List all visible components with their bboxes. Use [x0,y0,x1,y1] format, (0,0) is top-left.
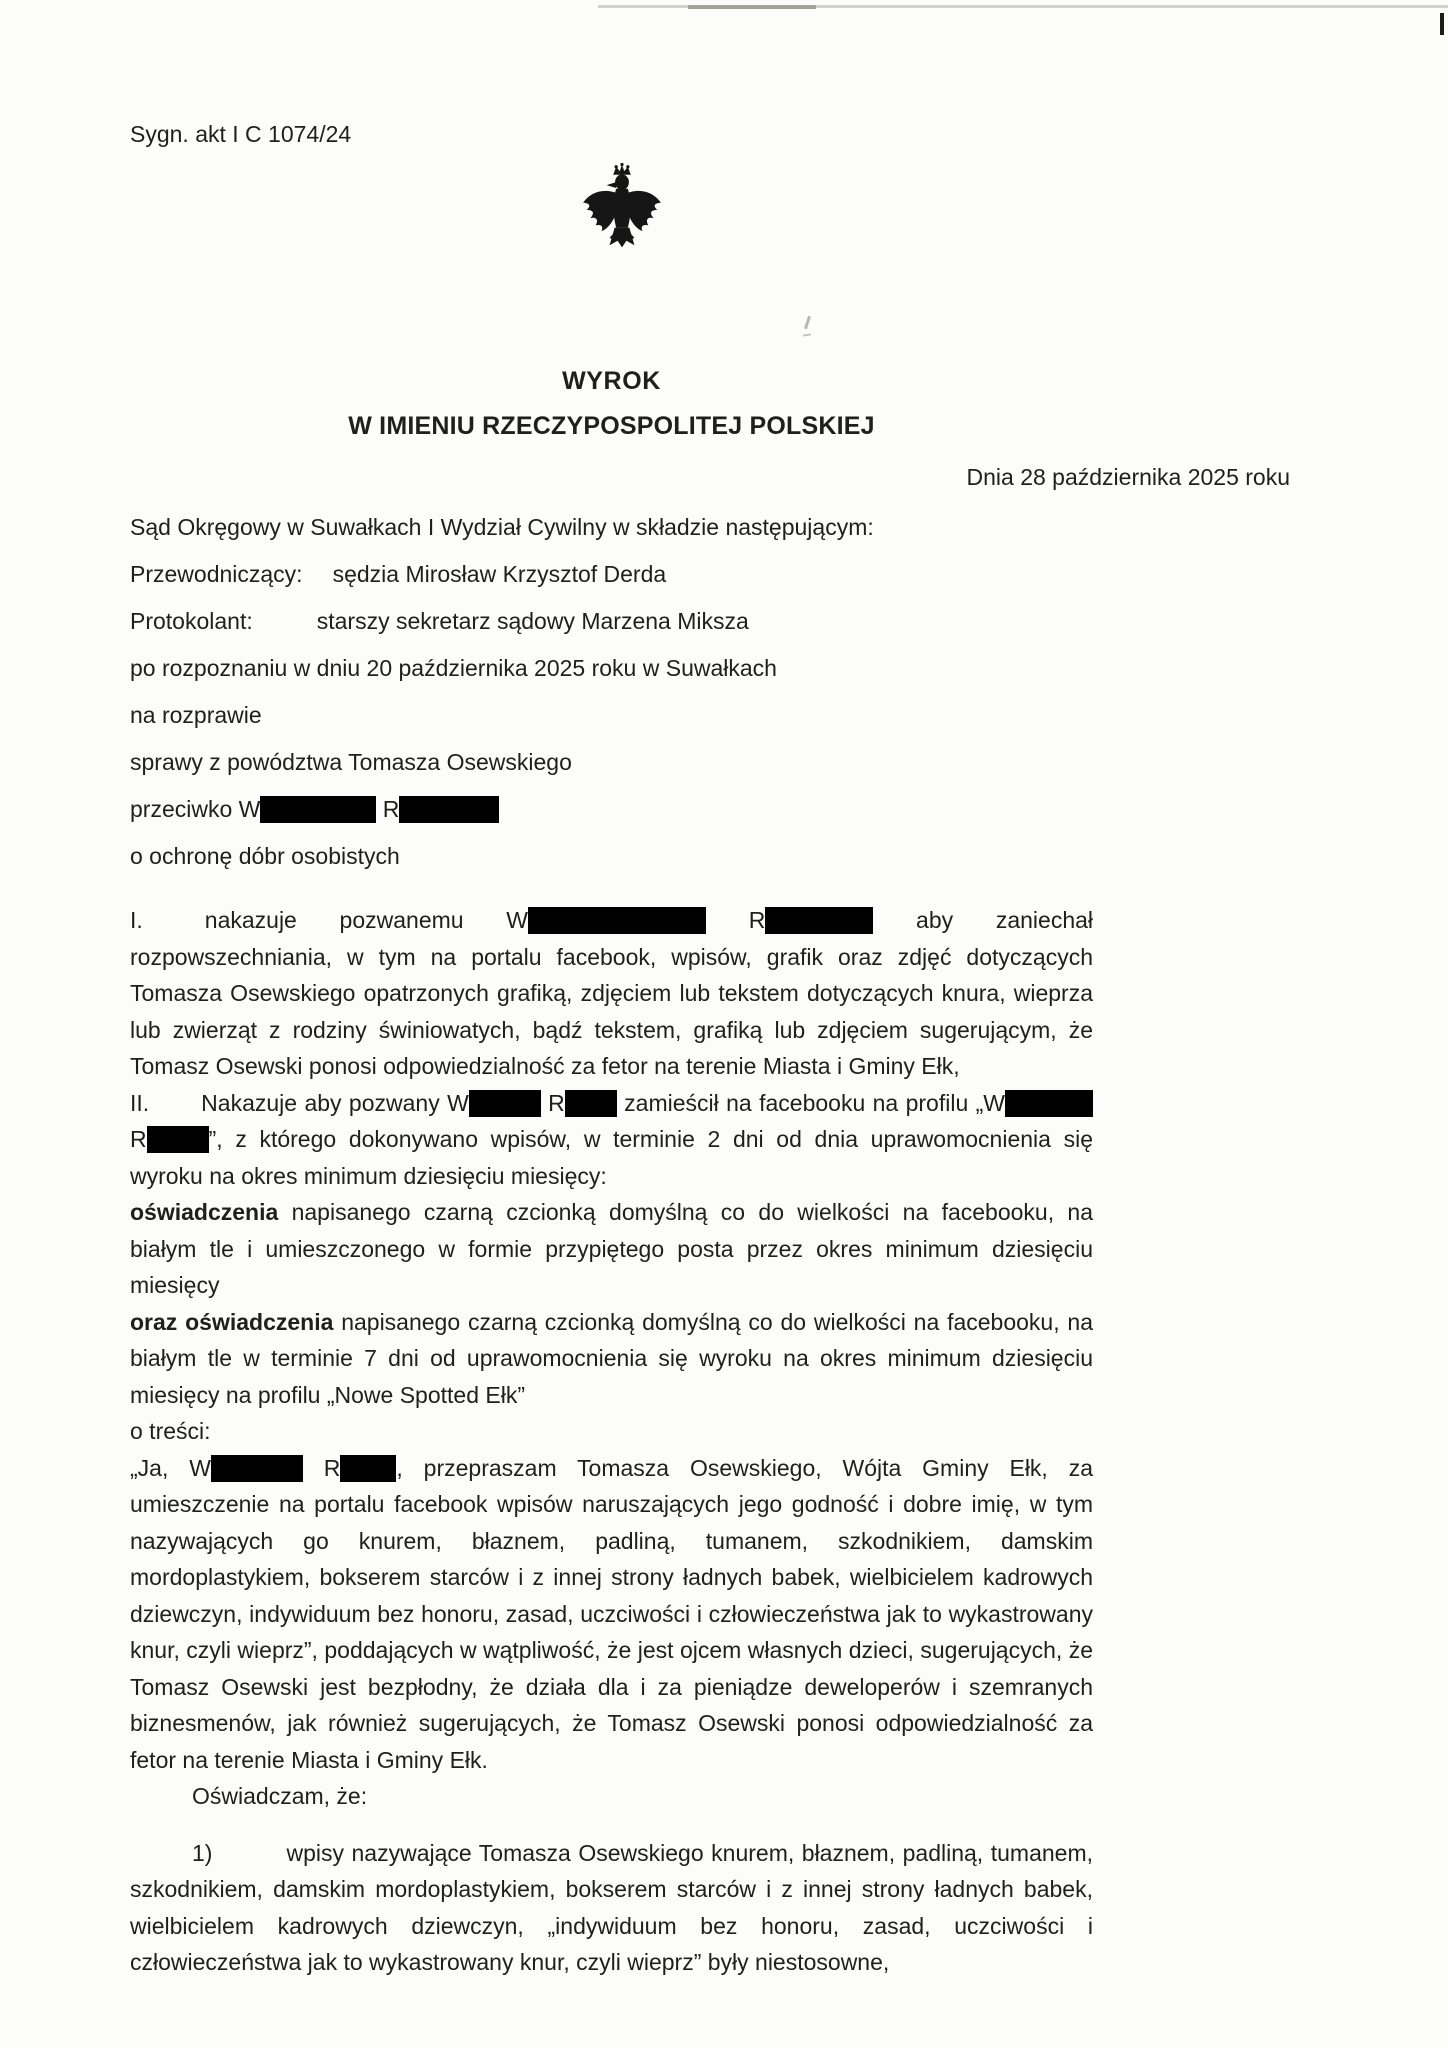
defendant-line: przeciwko W R [130,786,1150,833]
tab-spacer [143,927,205,928]
redaction-box [260,796,376,823]
tab-spacer [212,1860,286,1861]
scanned-judgment-page: Sygn. akt I C 1074/24 WYROK W IMIENIU RZ… [0,0,1448,2048]
scan-artifact-smudge [803,333,811,336]
clerk-line: Protokolant:starszy sekretarz sądowy Mar… [130,598,1150,645]
ruling-point-1: I.nakazuje pozwanemu W R aby zaniechał r… [130,902,1093,1085]
scan-artifact-smudge [804,316,811,329]
court-composition-line: Sąd Okręgowy w Suwałkach I Wydział Cywil… [130,504,1150,551]
judgment-date-line: Dnia 28 października 2025 roku [130,464,1290,491]
polish-eagle-icon [578,158,666,284]
redaction-box [528,907,706,934]
bold-text: oraz oświadczenia [130,1309,333,1335]
declaration-point-1: 1)wpisy nazywające Tomasza Osewskiego kn… [130,1835,1093,1981]
redaction-box [211,1455,303,1482]
court-header-block: Sąd Okręgowy w Suwałkach I Wydział Cywil… [130,504,1150,880]
scan-artifact-corner-tick [1440,13,1444,35]
judgment-title: WYROK [130,367,1093,396]
statement-second: oraz oświadczenia napisanego czarną czci… [130,1304,1093,1414]
redaction-box [765,907,873,934]
judgment-body: I.nakazuje pozwanemu W R aby zaniechał r… [130,902,1093,1981]
tab-spacer [130,1860,192,1861]
redaction-box [340,1455,396,1482]
redaction-box [469,1090,541,1117]
case-subject-line: o ochronę dóbr osobistych [130,833,1150,880]
scan-artifact-top-dash [688,5,816,9]
hearing-type-line: na rozprawie [130,692,1150,739]
tab-spacer [149,1110,201,1111]
claimant-line: sprawy z powództwa Tomasza Osewskiego [130,739,1150,786]
tab-spacer [253,628,317,629]
redaction-box [1005,1090,1093,1117]
tab-spacer [303,581,333,582]
statement-first: oświadczenia napisanego czarną czcionką … [130,1194,1093,1304]
declaration-intro: Oświadczam, że: [130,1778,1093,1815]
ruling-point-2: II.Nakazuje aby pozwany W R zamieścił na… [130,1085,1093,1195]
hearing-date-line: po rozpoznaniu w dniu 20 października 20… [130,645,1150,692]
redaction-box [399,796,499,823]
redaction-box [147,1126,209,1153]
apology-text: „Ja, W R, przepraszam Tomasza Osewskiego… [130,1450,1093,1779]
bold-text: oświadczenia [130,1199,278,1225]
judgment-subtitle: W IMIENIU RZECZYPOSPOLITEJ POLSKIEJ [130,412,1093,441]
redaction-box [565,1090,617,1117]
presiding-judge-line: Przewodniczący:sędzia Mirosław Krzysztof… [130,551,1150,598]
case-number: Sygn. akt I C 1074/24 [130,121,351,148]
content-intro: o treści: [130,1413,1093,1450]
